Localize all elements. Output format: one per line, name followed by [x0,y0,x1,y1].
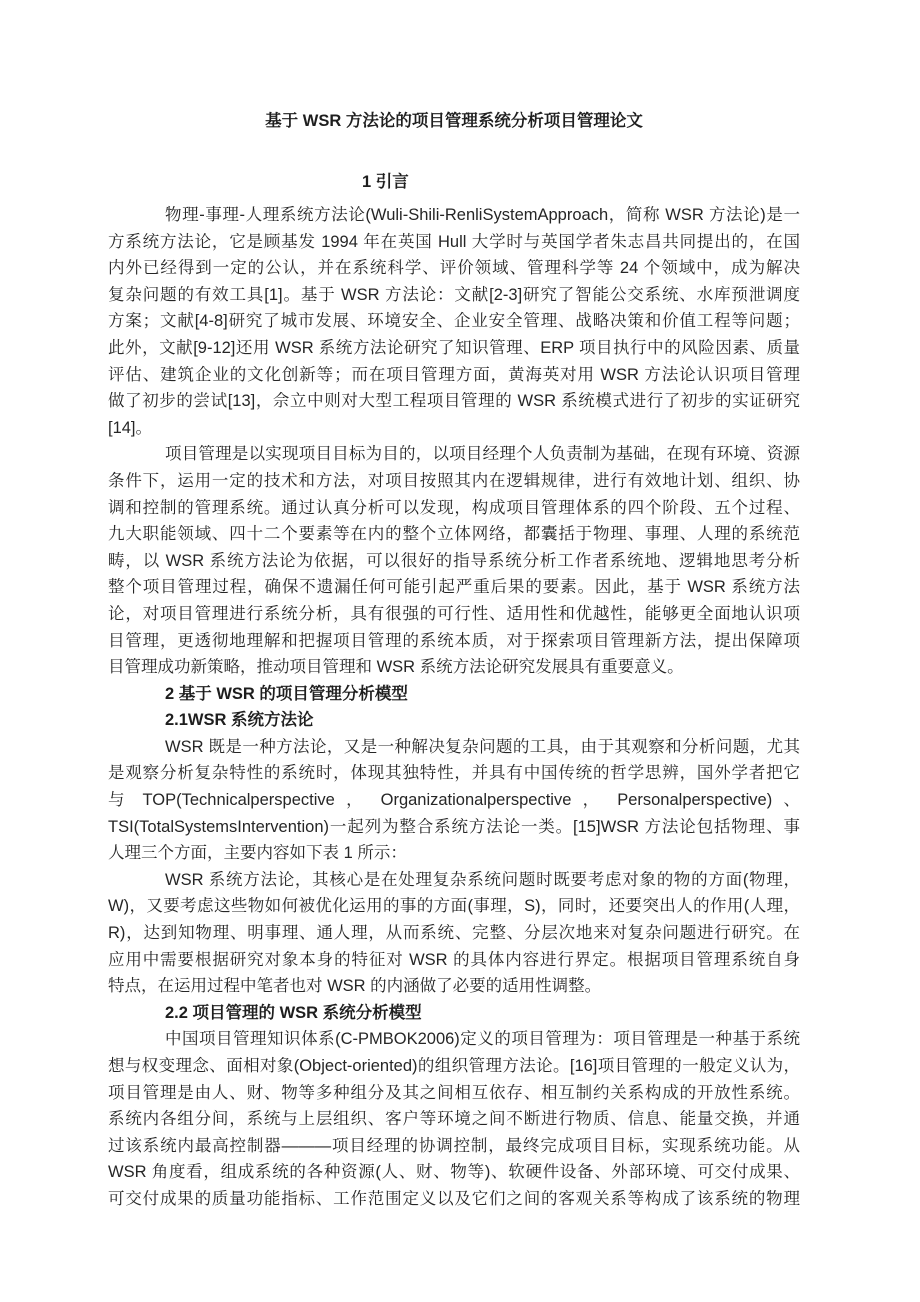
paragraph-line: 项目管理是以实现项目目标为目的，以项目经理个人负责制为基础，在现有环境、资源 [108,441,800,468]
document-title: 基于 WSR 方法论的项目管理系统分析项目管理论文 [108,108,800,135]
paragraph-line: WSR 角度看，组成系统的各种资源(人、财、物等)、软硬件设备、外部环境、可交付… [108,1159,800,1186]
section-heading-2: 2 基于 WSR 的项目管理分析模型 [108,681,800,708]
section-heading-introduction: 1 引言 [108,169,800,196]
paragraph-line: 中国项目管理知识体系(C-PMBOK2006)定义的项目管理为：项目管理是一种基… [108,1026,800,1053]
paragraph-line: 条件下，运用一定的技术和方法，对项目按照其内在逻辑规律，进行有效地计划、组织、协 [108,468,800,495]
paragraph-line: 方案；文献[4-8]研究了城市发展、环境安全、企业安全管理、战略决策和价值工程等… [108,308,800,335]
paragraph-line: 项目管理是由人、财、物等多种组分及其之间相互依存、相互制约关系构成的开放性系统。 [108,1080,800,1107]
paragraph-line: 应用中需要根据研究对象本身的特征对 WSR 的具体内容进行界定。根据项目管理系统… [108,947,800,974]
paragraph-line: 畴，以 WSR 系统方法论为依据，可以很好的指导系统分析工作者系统地、逻辑地思考… [108,548,800,575]
paragraph-4: WSR 系统方法论，其核心是在处理复杂系统问题时既要考虑对象的物的方面(物理， … [108,867,800,1000]
paragraph-line: 方系统方法论，它是顾基发 1994 年在英国 Hull 大学时与英国学者朱志昌共… [108,229,800,256]
paragraph-line: WSR 系统方法论，其核心是在处理复杂系统问题时既要考虑对象的物的方面(物理， [108,867,800,894]
paragraph-line: 特点，在运用过程中笔者也对 WSR 的内涵做了必要的适用性调整。 [108,973,800,1000]
paragraph-line: 做了初步的尝试[13]，佘立中则对大型工程项目管理的 WSR 系统模式进行了初步… [108,388,800,415]
paragraph-line: 人理三个方面，主要内容如下表 1 所示： [108,840,800,867]
paragraph-5: 中国项目管理知识体系(C-PMBOK2006)定义的项目管理为：项目管理是一种基… [108,1026,800,1212]
paragraph-line: TSI(TotalSystemsIntervention)一起列为整合系统方法论… [108,814,800,841]
paragraph-line: W)，又要考虑这些物如何被优化运用的事的方面(事理，S)，同时，还要突出人的作用… [108,893,800,920]
paragraph-line: WSR 既是一种方法论，又是一种解决复杂问题的工具，由于其观察和分析问题，尤其 [108,734,800,761]
paragraph-2: 项目管理是以实现项目目标为目的，以项目经理个人负责制为基础，在现有环境、资源 条… [108,441,800,680]
paragraph-1: 物理-事理-人理系统方法论(Wuli-Shili-RenliSystemAppr… [108,202,800,441]
document-page: 基于 WSR 方法论的项目管理系统分析项目管理论文 1 引言 物理-事理-人理系… [108,108,800,1213]
section-heading-2-1: 2.1WSR 系统方法论 [108,707,800,734]
paragraph-line: 是观察分析复杂特性的系统时，体现其独特性，并具有中国传统的哲学思辨，国外学者把它 [108,760,800,787]
paragraph-line: 调和控制的管理系统。通过认真分析可以发现，构成项目管理体系的四个阶段、五个过程、 [108,495,800,522]
paragraph-line: 内外已经得到一定的公认，并在系统科学、评价领域、管理科学等 24 个领域中，成为… [108,255,800,282]
section-heading-2-2: 2.2 项目管理的 WSR 系统分析模型 [108,1000,800,1027]
paragraph-line: 与 TOP(Technicalperspective ， Organizatio… [108,787,800,814]
paragraph-line: 论，对项目管理进行系统分析，具有很强的可行性、适用性和优越性，能够更全面地认识项 [108,601,800,628]
paragraph-line: 评估、建筑企业的文化创新等；而在项目管理方面，黄海英对用 WSR 方法论认识项目… [108,362,800,389]
paragraph-3: WSR 既是一种方法论，又是一种解决复杂问题的工具，由于其观察和分析问题，尤其 … [108,734,800,867]
paragraph-line: 目管理，更透彻地理解和把握项目管理的系统本质，对于探索项目管理新方法，提出保障项 [108,628,800,655]
paragraph-line: 此外，文献[9-12]还用 WSR 系统方法论研究了知识管理、ERP 项目执行中… [108,335,800,362]
paragraph-line: 复杂问题的有效工具[1]。基于 WSR 方法论：文献[2-3]研究了智能公交系统… [108,282,800,309]
paragraph-line: 可交付成果的质量功能指标、工作范围定义以及它们之间的客观关系等构成了该系统的物理 [108,1186,800,1213]
paragraph-line: 过该系统内最高控制器———项目经理的协调控制，最终完成项目目标，实现系统功能。从 [108,1133,800,1160]
paragraph-line: [14]。 [108,415,800,442]
paragraph-line: 九大职能领域、四十二个要素等在内的整个立体网络，都囊括于物理、事理、人理的系统范 [108,521,800,548]
paragraph-line: 系统内各组分间，系统与上层组织、客户等环境之间不断进行物质、信息、能量交换，并通 [108,1106,800,1133]
paragraph-line: 物理-事理-人理系统方法论(Wuli-Shili-RenliSystemAppr… [108,202,800,229]
paragraph-line: 想与权变理念、面相对象(Object-oriented)的组织管理方法论。[16… [108,1053,800,1080]
paragraph-line: 目管理成功新策略，推动项目管理和 WSR 系统方法论研究发展具有重要意义。 [108,654,800,681]
paragraph-line: R)，达到知物理、明事理、通人理，从而系统、完整、分层次地来对复杂问题进行研究。… [108,920,800,947]
paragraph-line: 整个项目管理过程，确保不遗漏任何可能引起严重后果的要素。因此，基于 WSR 系统… [108,574,800,601]
